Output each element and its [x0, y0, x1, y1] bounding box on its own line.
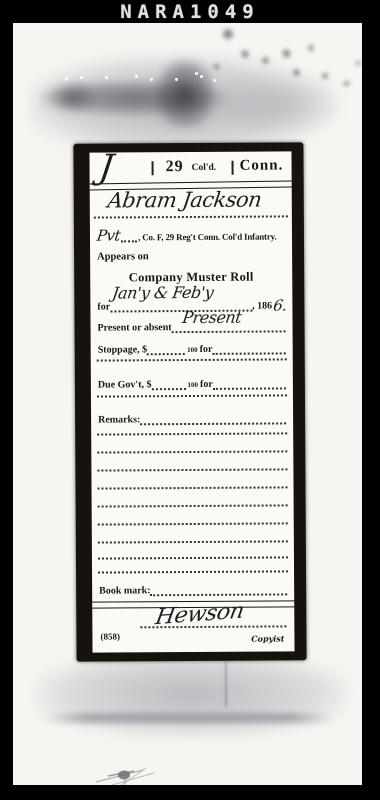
card-photo-frame: J 29 Col'd. Conn. Abram Jackson Pvt , Co… [73, 142, 306, 661]
dotted-fill [212, 341, 285, 354]
dotted-rule [97, 450, 287, 453]
dotted-fill [151, 582, 288, 596]
ink-spot [307, 44, 315, 52]
dotted-rule [97, 468, 287, 471]
ink-spot [292, 68, 301, 77]
ink-spot [343, 80, 350, 87]
stoppage-fraction: 100 [187, 346, 198, 354]
stain-streak [41, 81, 226, 115]
dotted-fill [140, 411, 286, 425]
unit-type: Col'd. [192, 163, 217, 173]
nara-frame-number: NARA1049 [0, 1, 380, 23]
rank-written: Pvt [96, 226, 122, 244]
dotted-rule [98, 504, 288, 507]
stoppage-for-label: for [200, 344, 213, 355]
dotted-rule [94, 215, 288, 218]
copyist-label: Copyist [251, 633, 284, 643]
dotted-fill [213, 376, 286, 389]
microfilm-scan: { "frame_label": "NARA1049", "card": { "… [0, 0, 380, 800]
stoppage-label: Stoppage, $ [98, 344, 148, 355]
header-divider [232, 161, 234, 175]
stoppage-row: Stoppage, $ 100 for [91, 337, 293, 355]
present-written: Present [181, 308, 242, 327]
ink-spot [321, 72, 329, 80]
pencil-scribble [88, 738, 178, 785]
stain-edge-bottom [43, 713, 335, 723]
scratch-line [225, 661, 227, 707]
stain-wash-right [209, 73, 344, 135]
ink-spot [221, 27, 235, 41]
due-fraction: 100 [187, 381, 198, 389]
year-printed: , 186 [252, 300, 272, 311]
due-govt-row: Due Gov't, $ 100 for [91, 372, 293, 390]
muster-roll-card: J 29 Col'd. Conn. Abram Jackson Pvt , Co… [89, 151, 294, 652]
stain-wash-bottom [35, 659, 347, 737]
present-label: Present or absent [98, 322, 172, 333]
dotted-rule [98, 556, 288, 559]
dotted-fill [151, 377, 185, 390]
unit-line: , Co. F, 29 Reg't Conn. Col'd Infantry. [138, 231, 276, 242]
appears-on-label: Appears on [97, 251, 149, 262]
rank-unit-row: Pvt , Co. F, 29 Reg't Conn. Col'd Infant… [90, 221, 292, 242]
stain-blob-left [49, 81, 97, 113]
bookmark-label: Book mark: [99, 585, 150, 596]
ink-spot [355, 60, 361, 66]
form-number: (858) [100, 631, 120, 641]
stain-blob-dark [156, 59, 214, 127]
dotted-rule [97, 394, 287, 397]
period-written: Jan'y & Feb'y [111, 283, 215, 303]
white-specks [65, 77, 68, 80]
ink-spot [240, 49, 250, 59]
bookmark-row: Book mark: [92, 579, 294, 596]
dotted-fill [147, 342, 185, 355]
ink-spot [281, 48, 292, 59]
remarks-row: Remarks: [91, 408, 293, 425]
dotted-rule [98, 522, 288, 525]
dotted-rule [97, 358, 287, 361]
ink-spot [213, 63, 220, 70]
jacket-letter: J [97, 150, 115, 184]
due-label: Due Gov't, $ [98, 379, 152, 390]
remarks-label: Remarks: [98, 414, 140, 425]
state-label: Conn. [240, 157, 284, 174]
dotted-rule [98, 570, 288, 573]
header-divider [152, 161, 154, 175]
unit-number: 29 [166, 158, 184, 176]
dotted-rule [98, 540, 288, 543]
dotted-rule [97, 432, 287, 435]
dotted-rule [98, 486, 288, 489]
ink-spot [261, 56, 270, 65]
due-for-label: for [200, 379, 213, 390]
soldier-name: Abram Jackson [106, 188, 263, 213]
dotted-fill [121, 229, 137, 242]
for-label: for [97, 301, 110, 312]
scan-area: J 29 Col'd. Conn. Abram Jackson Pvt , Co… [13, 23, 362, 785]
year-written: 6. [272, 296, 288, 314]
